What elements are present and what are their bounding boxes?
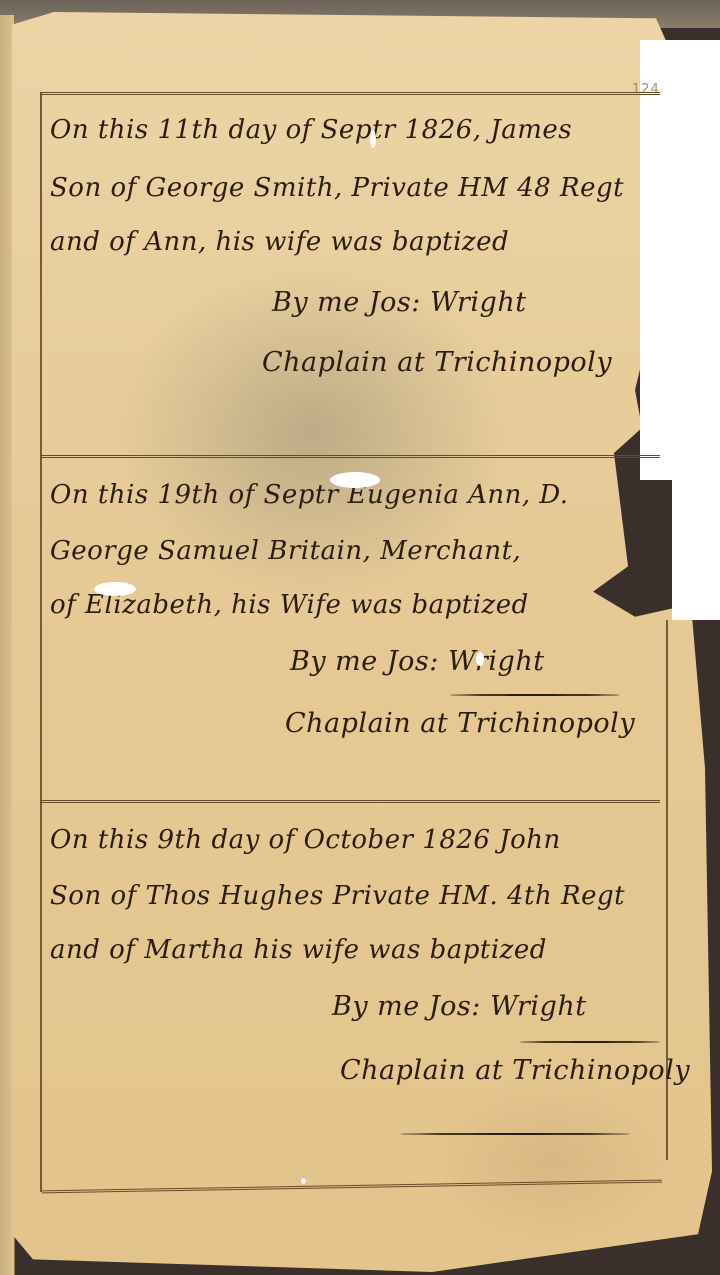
entry-line: On this 19th of Septr Eugenia Ann, D. — [50, 480, 569, 510]
paper-hole — [330, 472, 380, 488]
signature-flourish — [400, 1133, 630, 1135]
paper-hole — [370, 130, 376, 148]
paper-hole — [94, 582, 136, 596]
signature-flourish — [450, 694, 620, 696]
entry-line: and of Ann, his wife was baptized — [50, 227, 509, 257]
signature-flourish — [520, 1041, 660, 1043]
entry-line: On this 11th day of Septr 1826, James — [50, 115, 572, 145]
entry-line: and of Martha his wife was baptized — [50, 935, 547, 965]
signature-title: Chaplain at Trichinopoly — [340, 1055, 690, 1086]
entry-line: Son of George Smith, Private HM 48 Regt — [50, 173, 624, 203]
baptism-entry-2: On this 19th of Septr Eugenia Ann, D. Ge… — [40, 455, 660, 780]
entry-line: Son of Thos Hughes Private HM. 4th Regt — [50, 881, 625, 911]
paper-hole — [476, 652, 484, 666]
signature: By me Jos: Wright — [272, 287, 527, 318]
signature-title: Chaplain at Trichinopoly — [262, 347, 612, 378]
entry-line: George Samuel Britain, Merchant, — [50, 536, 521, 566]
baptism-entry-1: On this 11th day of Septr 1826, James So… — [40, 92, 660, 447]
signature-title: Chaplain at Trichinopoly — [285, 708, 635, 739]
signature: By me Jos: Wright — [332, 991, 587, 1022]
baptism-entry-3: On this 9th day of October 1826 John Son… — [40, 800, 660, 1173]
entry-line: On this 9th day of October 1826 John — [50, 825, 561, 855]
signature: By me Jos: Wright — [290, 646, 545, 677]
paper-hole — [301, 1178, 306, 1184]
torn-page-edge — [672, 470, 720, 620]
